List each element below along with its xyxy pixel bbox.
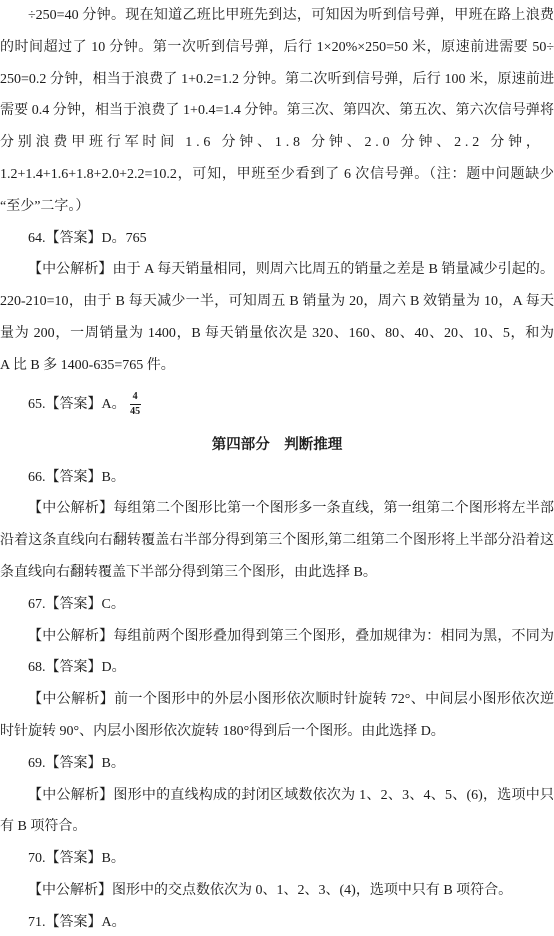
answer-line-67: 67.【答案】C。 <box>0 589 554 621</box>
analysis-line-64: 220-210=10，由于 B 每天减少一半，可知周五 B 销量为 20，周六 … <box>0 286 554 318</box>
analysis-line-69: 有 B 项符合。 <box>0 811 554 843</box>
analysis-line: ÷250=40 分钟。现在知道乙班比甲班先到达，可知因为听到信号弹，甲班在路上浪… <box>0 0 554 32</box>
analysis-line-64: 量为 200，一周销量为 1400，B 每天销量依次是 320、160、80、4… <box>0 318 554 350</box>
answer-line-69: 69.【答案】B。 <box>0 748 554 780</box>
answer-line-68: 68.【答案】D。 <box>0 652 554 684</box>
analysis-line: 1.2+1.4+1.6+1.8+2.0+2.2=10.2，可知，甲班至少看到了 … <box>0 159 554 191</box>
analysis-line-67: 【中公解析】每组前两个图形叠加得到第三个图形，叠加规律为：相同为黑，不同为白。 <box>0 621 554 653</box>
analysis-line: 250=0.2 分钟，相当于浪费了 1+0.2=1.2 分钟。第二次听到信号弹，… <box>0 64 554 96</box>
answer-line-65: 65.【答案】A。 4 45 <box>0 382 554 428</box>
analysis-line: “至少”二字。） <box>0 191 554 223</box>
analysis-line-66: 【中公解析】每组第二个图形比第一个图形多一条直线，第一组第二个图形将左半部分 <box>0 493 554 525</box>
analysis-line: 的时间超过了 10 分钟。第一次听到信号弹，后行 1×20%×250=50 米，… <box>0 32 554 64</box>
answer-line-70: 70.【答案】B。 <box>0 843 554 875</box>
section-heading: 第四部分 判断推理 <box>0 428 554 462</box>
answer-line-66: 66.【答案】B。 <box>0 462 554 494</box>
analysis-line-69: 【中公解析】图形中的直线构成的封闭区域数依次为 1、2、3、4、5、(6)，选项… <box>0 780 554 812</box>
answer-line-64: 64.【答案】D。765 <box>0 223 554 255</box>
answer-text-65: 65.【答案】A。 <box>28 389 126 421</box>
fraction-numerator: 4 <box>130 391 141 405</box>
answer-line-71: 71.【答案】A。 <box>0 907 554 936</box>
analysis-line-64: A 比 B 多 1400-635=765 件。 <box>0 350 554 382</box>
analysis-line-68: 时针旋转 90°、内层小图形依次旋转 180°得到后一个图形。由此选择 D。 <box>0 716 554 748</box>
analysis-line-70: 【中公解析】图形中的交点数依次为 0、1、2、3、(4)，选项中只有 B 项符合… <box>0 875 554 907</box>
fraction-4-45: 4 45 <box>130 391 141 418</box>
analysis-line-66: 条直线向右翻转覆盖下半部分得到第三个图形，由此选择 B。 <box>0 557 554 589</box>
analysis-line: 需要 0.4 分钟，相当于浪费了 1+0.4=1.4 分钟。第三次、第四次、第五… <box>0 95 554 127</box>
analysis-line-64: 【中公解析】由于 A 每天销量相同，则周六比周五的销量之差是 B 销量减少引起的… <box>0 254 554 286</box>
analysis-line-68: 【中公解析】前一个图形中的外层小图形依次顺时针旋转 72°、中间层小图形依次逆 <box>0 684 554 716</box>
fraction-denominator: 45 <box>130 405 140 418</box>
analysis-line: 分别浪费甲班行军时间 1.6 分钟、1.8 分钟、2.0 分钟、2.2 分钟， <box>0 127 554 159</box>
analysis-line-66: 沿着这条直线向右翻转覆盖右半部分得到第三个图形,第二组第二个图形将上半部分沿着这 <box>0 525 554 557</box>
document-page: ÷250=40 分钟。现在知道乙班比甲班先到达，可知因为听到信号弹，甲班在路上浪… <box>0 0 554 936</box>
